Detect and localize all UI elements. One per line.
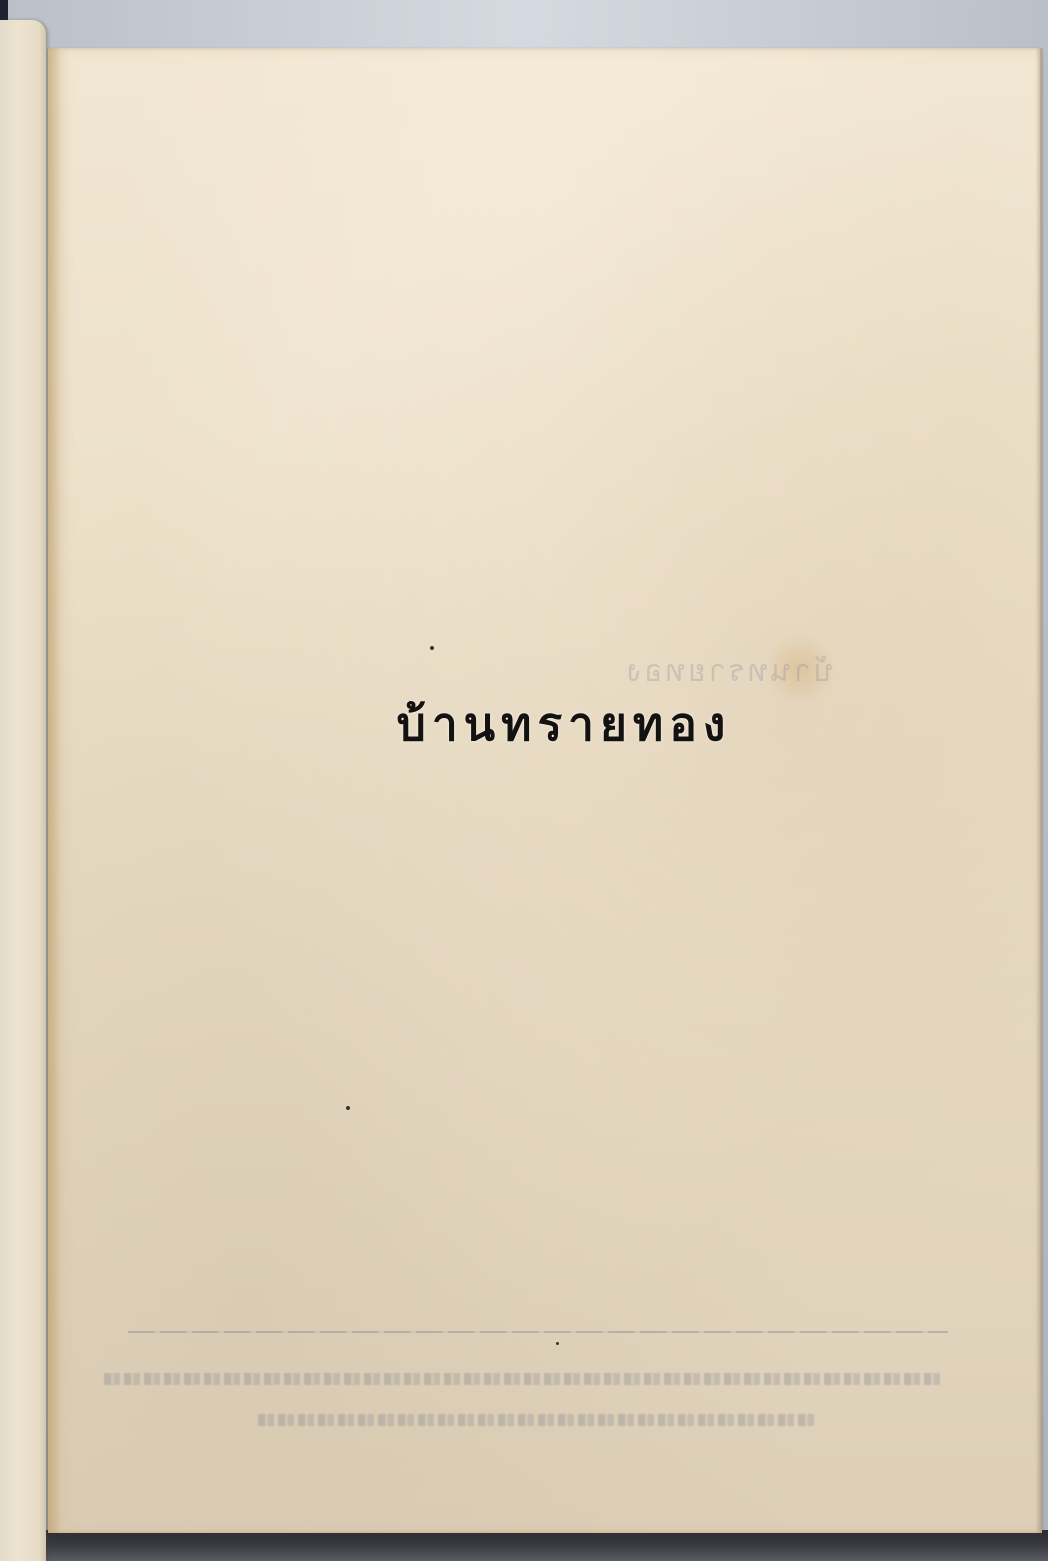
page-gutter <box>48 48 70 1533</box>
bleed-through-text-line <box>104 1373 944 1385</box>
bleed-through-rule <box>128 1331 948 1333</box>
table-shadow <box>40 1530 1048 1561</box>
title-page: บ้านทรายทอง บ้านทรายทอง <box>48 48 1042 1533</box>
left-page-edge <box>0 20 46 1561</box>
bleed-through-text-line <box>258 1414 818 1426</box>
book-title: บ้านทรายทอง <box>354 688 774 761</box>
bleed-through-subtitle <box>458 768 468 792</box>
ink-speck <box>556 1342 559 1345</box>
ink-speck <box>346 1106 350 1110</box>
